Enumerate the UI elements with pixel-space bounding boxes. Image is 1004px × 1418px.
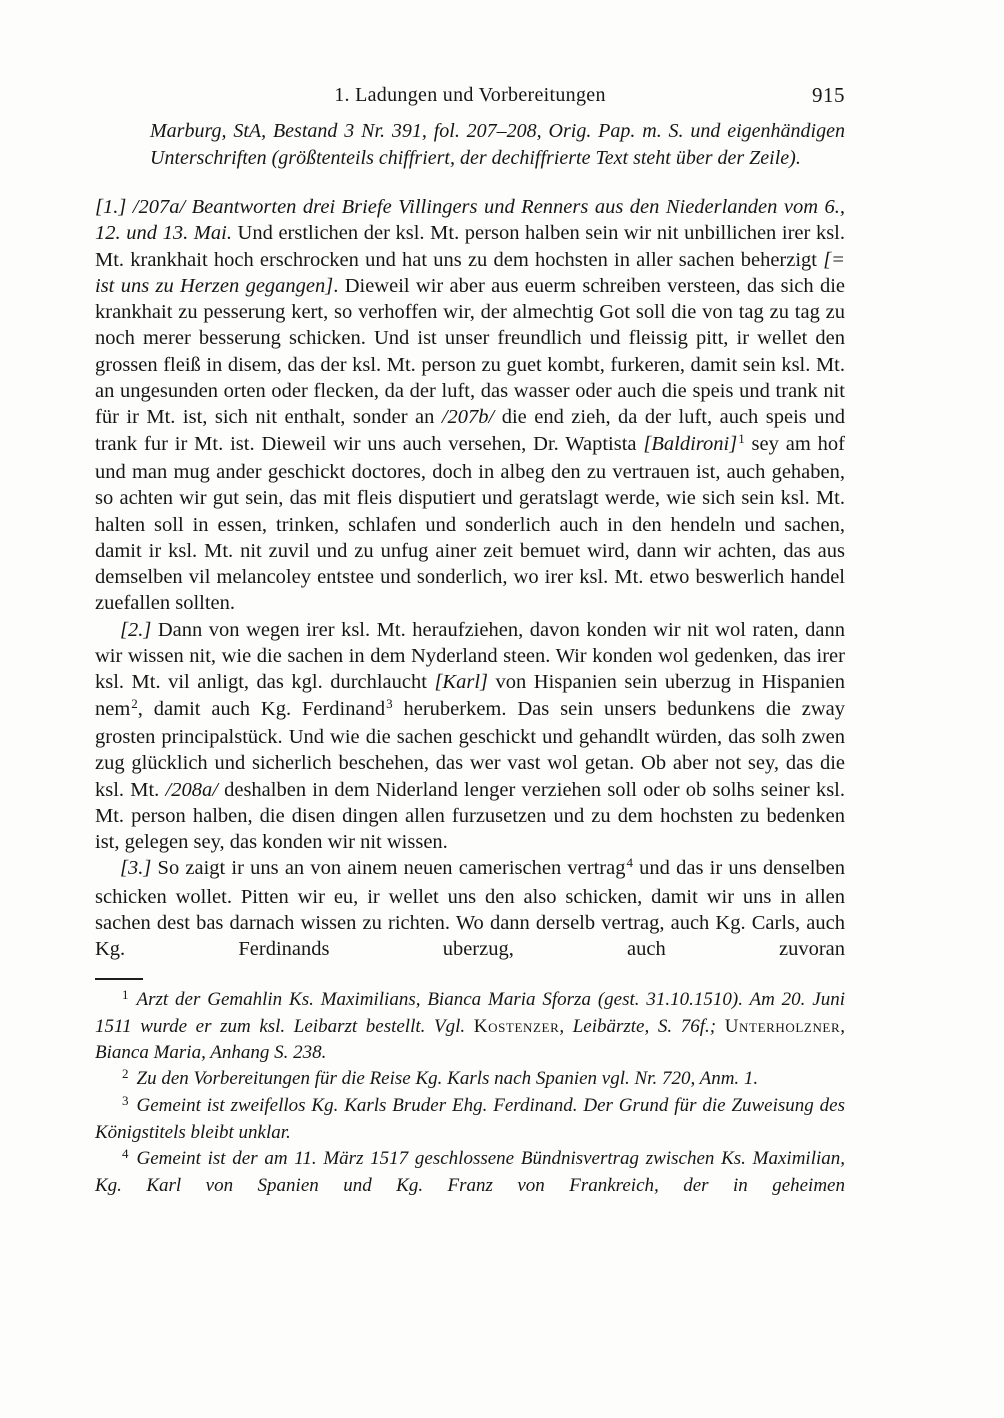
text-run: Marburg, StA, Bestand 3 Nr. 391, fol. 20… (150, 120, 845, 169)
footnote-item-4: 4Gemeint ist der am 11. März 1517 geschl… (95, 1146, 845, 1199)
text-run: , Leibärzte, S. 76f.; (559, 1016, 724, 1037)
footnote-ref: 4 (626, 855, 633, 870)
text-run: So zaigt ir uns an von ainem neuen camer… (151, 857, 625, 879)
footnote-ref: 1 (738, 431, 745, 446)
text-run: Gemeint ist der am 11. März 1517 geschlo… (95, 1148, 845, 1196)
paragraph-2: [2.] Dann von wegen irer ksl. Mt. herauf… (95, 617, 845, 856)
footnote-text: Gemeint ist zweifellos Kg. Karls Bruder … (95, 1095, 845, 1143)
text-run: Zu den Vorbereitungen für die Reise Kg. … (137, 1068, 759, 1089)
text-block: 1. Ladungen und Vorbereitungen 915 Marbu… (95, 82, 845, 1199)
text-run: sey am hof und man mug ander geschickt d… (95, 433, 845, 615)
text-run: /207b/ (442, 406, 494, 428)
footnote-number: 3 (122, 1093, 129, 1108)
footnote-ref: 2 (131, 696, 138, 711)
footnote-item-1: 1Arzt der Gemahlin Ks. Maximilians, Bian… (95, 987, 845, 1066)
paragraph-3: [3.] So zaigt ir uns an von ainem neuen … (95, 855, 845, 962)
text-run: Kostenzer (474, 1016, 560, 1037)
chapter-heading: 1. Ladungen und Vorbereitungen (334, 84, 606, 106)
footnote-number: 4 (122, 1146, 129, 1161)
footnote-number: 1 (122, 987, 129, 1002)
text-run: Gemeint ist zweifellos Kg. Karls Bruder … (95, 1095, 845, 1143)
text-run: [Karl] (434, 671, 488, 693)
text-run: [3.] (120, 857, 151, 879)
book-page: 1. Ladungen und Vorbereitungen 915 Marbu… (0, 0, 1004, 1418)
running-header: 1. Ladungen und Vorbereitungen 915 (95, 82, 845, 109)
footnote-text: Gemeint ist der am 11. März 1517 geschlo… (95, 1148, 845, 1196)
text-run: /208a/ (166, 779, 218, 801)
text-run: [2.] (120, 619, 151, 641)
text-run: Unterholzner (725, 1016, 841, 1037)
footnotes-section: 1Arzt der Gemahlin Ks. Maximilians, Bian… (95, 987, 845, 1199)
page-number: 915 (812, 82, 845, 109)
footnote-ref: 3 (386, 696, 393, 711)
source-note: Marburg, StA, Bestand 3 Nr. 391, fol. 20… (150, 118, 845, 172)
footnote-separator (95, 978, 143, 980)
document-body: [1.] /207a/ Beantworten drei Briefe Vill… (95, 194, 845, 963)
footnote-item-2: 2Zu den Vorbereitungen für die Reise Kg.… (95, 1066, 845, 1093)
text-run: , damit auch Kg. Ferdinand (138, 698, 385, 720)
paragraph-1: [1.] /207a/ Beantworten drei Briefe Vill… (95, 194, 845, 617)
footnote-text: Zu den Vorbereitungen für die Reise Kg. … (137, 1068, 759, 1089)
footnote-text: Arzt der Gemahlin Ks. Maximilians, Bianc… (95, 989, 845, 1063)
footnote-number: 2 (122, 1066, 129, 1081)
footnote-item-3: 3Gemeint ist zweifellos Kg. Karls Bruder… (95, 1093, 845, 1146)
text-run: [Baldironi] (643, 433, 737, 455)
